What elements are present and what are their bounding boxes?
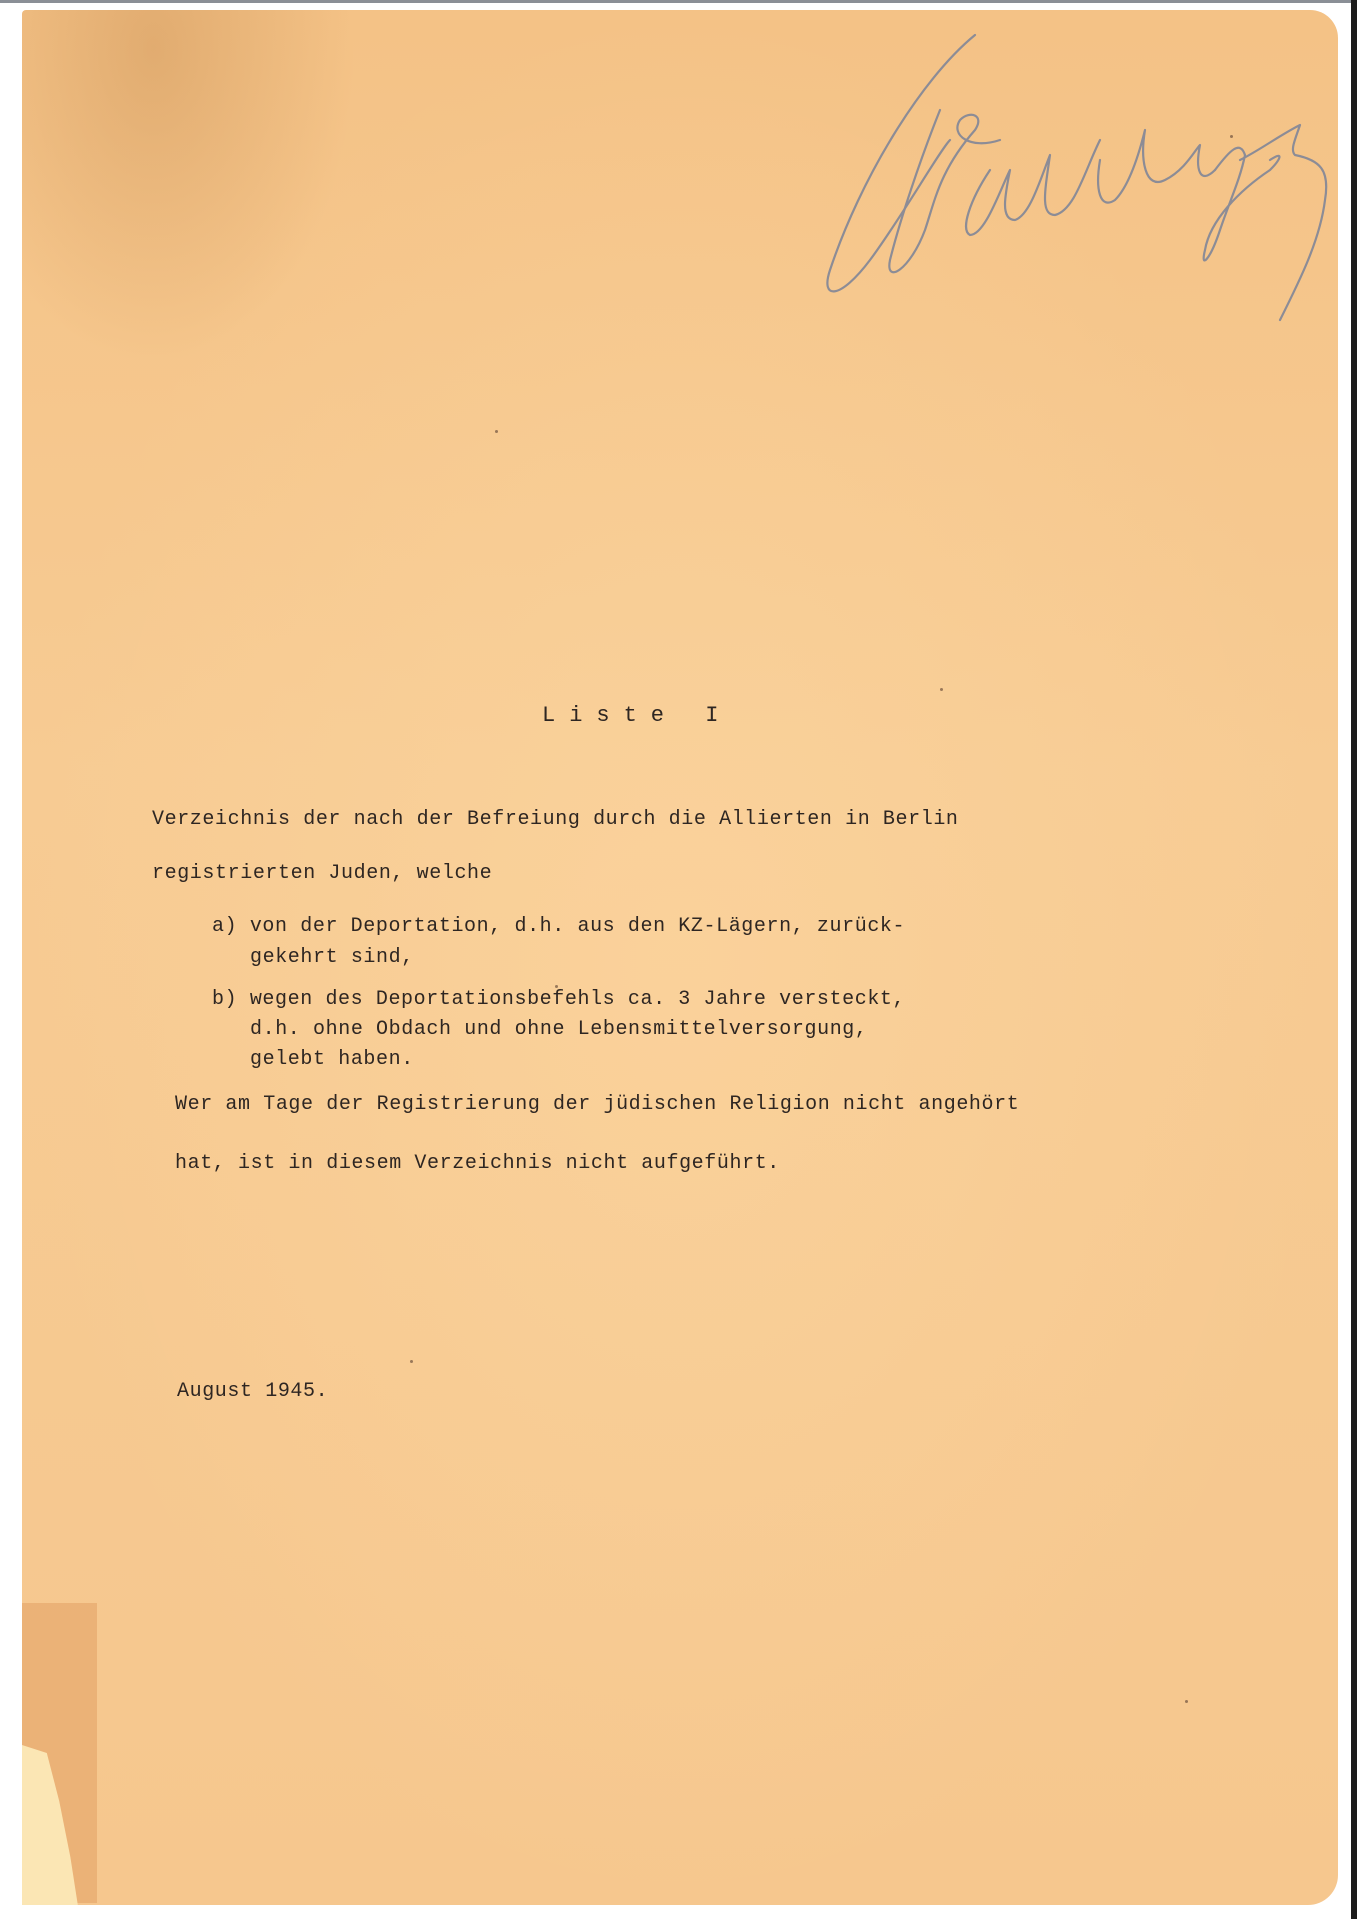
list-item-b-continuation-1: d.h. ohne Obdach und ohne Lebensmittelve… [250,1018,868,1041]
paper-speck [1230,135,1233,138]
intro-line-2: registrierten Juden, welche [152,862,492,885]
note-line-1: Wer am Tage der Registrierung der jüdisc… [175,1093,1019,1116]
document-title: Liste I [542,703,732,728]
note-line-2: hat, ist in diesem Verzeichnis nicht auf… [175,1152,780,1175]
paper-speck [940,688,943,691]
list-item-text: wegen des Deportationsbefehls ca. 3 Jahr… [250,988,905,1011]
list-item-b-continuation-2: gelebt haben. [250,1048,414,1071]
list-item-a: a) von der Deportation, d.h. aus den KZ-… [212,915,905,938]
scan-top-edge [0,0,1357,3]
signature-icon [800,20,1340,330]
list-item-text: von der Deportation, d.h. aus den KZ-Läg… [250,915,905,938]
list-item-b: b) wegen des Deportationsbefehls ca. 3 J… [212,988,905,1011]
list-marker: a) [212,915,237,938]
paper-speck [495,430,498,433]
paper-speck [555,985,558,988]
list-item-a-continuation: gekehrt sind, [250,946,414,969]
scan-right-edge [1351,0,1357,1919]
document-date: August 1945. [177,1380,328,1403]
list-marker: b) [212,988,237,1011]
paper-speck [1185,1700,1188,1703]
paper-speck [410,1360,413,1363]
intro-line-1: Verzeichnis der nach der Befreiung durch… [152,808,959,831]
